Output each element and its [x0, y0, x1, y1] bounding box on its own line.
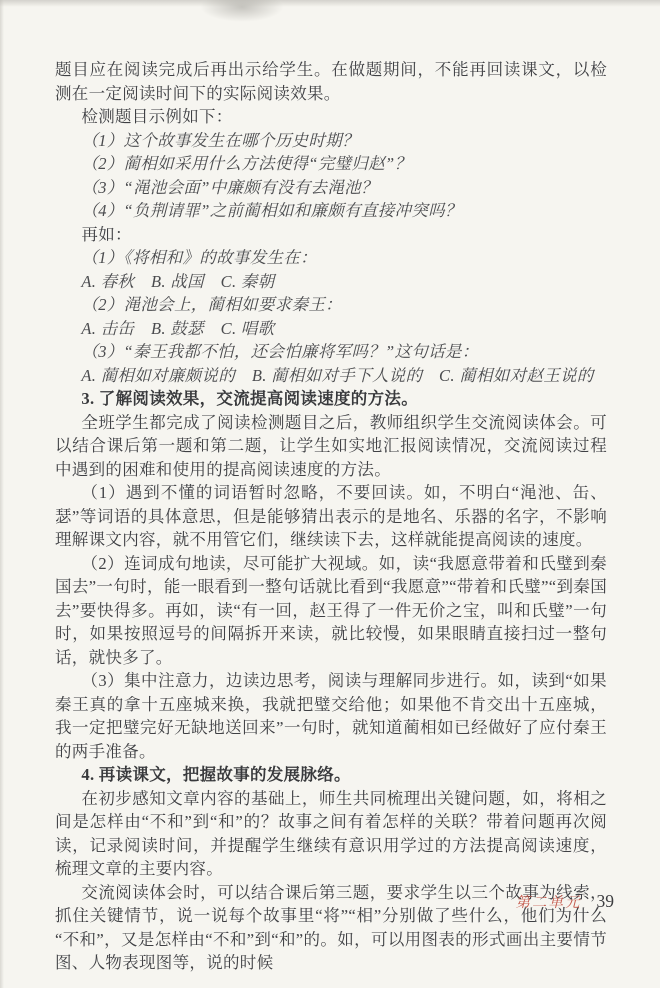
body-paragraph-method-1: （1）遇到不懂的词语暂时忽略，不要回读。如，不明白“渑池、缶、瑟”等词语的具体意… — [55, 481, 607, 552]
paragraph-continuation: 题目应在阅读完成后再出示给学生。在做题期间，不能再回读课文，以检测在一定阅读时间… — [55, 58, 607, 105]
body-paragraph-method-3: （3）集中注意力，边读边思考，阅读与理解同步进行。如，读到“如果秦王真的拿十五座… — [55, 669, 607, 763]
scan-artifact-left-edge — [0, 0, 4, 988]
quiz-options-2: A. 击缶 B. 鼓瑟 C. 唱歌 — [55, 317, 607, 341]
sample-question-2: （2）蔺相如采用什么方法使得“完璧归赵”？ — [55, 152, 607, 176]
quiz-question-1: （1）《将相和》的故事发生在： — [55, 246, 607, 270]
quiz-question-3: （3）“秦王我都不怕，还会怕廉将军吗？”这句话是： — [55, 340, 607, 364]
paragraph-lead-in: 检测题目示例如下： — [55, 105, 607, 129]
scan-artifact-top-edge — [0, 0, 660, 7]
page-content: 题目应在阅读完成后再出示给学生。在做题期间，不能再回读课文，以检测在一定阅读时间… — [55, 58, 607, 975]
body-paragraph-method-2: （2）连词成句地读，尽可能扩大视域。如，读“我愿意带着和氏璧到秦国去”一句时，能… — [55, 552, 607, 670]
sample-question-1: （1）这个故事发生在哪个历史时期？ — [55, 129, 607, 153]
section-heading-4: 4. 再读课文，把握故事的发展脉络。 — [55, 763, 607, 787]
quiz-question-2: （2）渑池会上，蔺相如要求秦王： — [55, 293, 607, 317]
body-paragraph: 在初步感知文章内容的基础上，师生共同梳理出关键问题，如，将相之间是怎样由“不和”… — [55, 787, 607, 881]
quiz-options-1: A. 春秋 B. 战国 C. 秦朝 — [55, 270, 607, 294]
scan-artifact-smudge — [200, 0, 284, 22]
sample-question-4: （4）“负荆请罪”之前蔺相如和廉颇有直接冲突吗？ — [55, 199, 607, 223]
unit-label: 第二单元 — [516, 891, 582, 912]
sample-question-3: （3）“渑池会面”中廉颇有没有去渑池？ — [55, 176, 607, 200]
page-footer: 第二单元 39 — [516, 891, 615, 912]
scanned-book-page: 题目应在阅读完成后再出示给学生。在做题期间，不能再回读课文，以检测在一定阅读时间… — [0, 0, 660, 988]
quiz-options-3: A. 蔺相如对廉颇说的 B. 蔺相如对手下人说的 C. 蔺相如对赵王说的 — [55, 364, 607, 388]
section-heading-3: 3. 了解阅读效果，交流提高阅读速度的方法。 — [55, 387, 607, 411]
paragraph-lead-in: 再如： — [55, 223, 607, 247]
page-number: 39 — [597, 891, 615, 912]
body-paragraph: 全班学生都完成了阅读检测题目之后，教师组织学生交流阅读体会。可以结合课后第一题和… — [55, 411, 607, 482]
